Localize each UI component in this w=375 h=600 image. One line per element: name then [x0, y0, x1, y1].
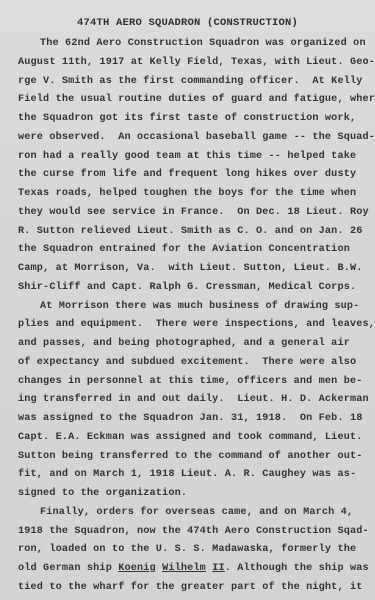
- text-line: plies and equipment. There were inspecti…: [18, 319, 375, 330]
- text-line: changes in personnel at this time, offic…: [18, 376, 363, 387]
- text-line: Shir-Cliff and Capt. Ralph G. Cressman, …: [18, 282, 356, 293]
- text-line: were observed. An occasional baseball ga…: [18, 132, 375, 143]
- text-line-ship: old German ship Koenig Wilhelm II. Altho…: [18, 563, 369, 574]
- text-line: was assigned to the Squadron Jan. 31, 19…: [18, 413, 363, 424]
- text-line: signed to the organization.: [18, 488, 187, 499]
- text-segment: . Although the ship was: [225, 563, 369, 574]
- text-line: the Squadron got its first taste of cons…: [18, 113, 356, 124]
- text-line: Finally, orders for overseas came, and o…: [40, 507, 353, 518]
- ship-name-ii: II: [212, 563, 225, 574]
- text-line: Capt. E.A. Eckman was assigned and took …: [18, 432, 363, 443]
- text-line: they would see service in France. On Dec…: [18, 207, 369, 218]
- ship-name-wilhelm: Wilhelm: [162, 563, 206, 574]
- text-line: ron had a really good team at this time …: [18, 151, 356, 162]
- text-line: At Morrison there was much business of d…: [40, 301, 359, 312]
- document-page: 474TH AERO SQUADRON (CONSTRUCTION) The 6…: [0, 0, 375, 600]
- text-line: the curse from life and frequent long hi…: [18, 169, 356, 180]
- document-title: 474TH AERO SQUADRON (CONSTRUCTION): [0, 17, 375, 29]
- text-line: Texas roads, helped toughen the boys for…: [18, 188, 356, 199]
- ship-name-koenig: Koenig: [118, 563, 156, 574]
- text-line-last: tied to the wharf for the greater part o…: [18, 582, 363, 593]
- text-line: the Squadron entrained for the Aviation …: [18, 244, 350, 255]
- text-line: 1918 the Squadron, now the 474th Aero Co…: [18, 526, 369, 537]
- text-line: and passes, and being photographed, and …: [18, 338, 350, 349]
- text-segment: old German ship: [18, 563, 118, 574]
- text-line: August 11th, 1917 at Kelly Field, Texas,…: [18, 57, 375, 68]
- text-line: R. Sutton relieved Lieut. Smith as C. O.…: [18, 226, 363, 237]
- text-line: The 62nd Aero Construction Squadron was …: [40, 38, 366, 49]
- text-line: Sutton being transferred to the command …: [18, 451, 363, 462]
- text-line: of expectancy and subdued excitement. Th…: [18, 357, 356, 368]
- text-line: Camp, at Morrison, Va. with Lieut. Sutto…: [18, 263, 363, 274]
- text-line: fit, and on March 1, 1918 Lieut. A. R. C…: [18, 469, 356, 480]
- text-line: Field the usual routine duties of guard …: [18, 94, 375, 105]
- text-line: rge V. Smith as the first commanding off…: [18, 76, 363, 87]
- text-line: ing transferred in and out daily. Lieut.…: [18, 394, 369, 405]
- text-line: ron, loaded on to the U. S. S. Madawaska…: [18, 544, 356, 555]
